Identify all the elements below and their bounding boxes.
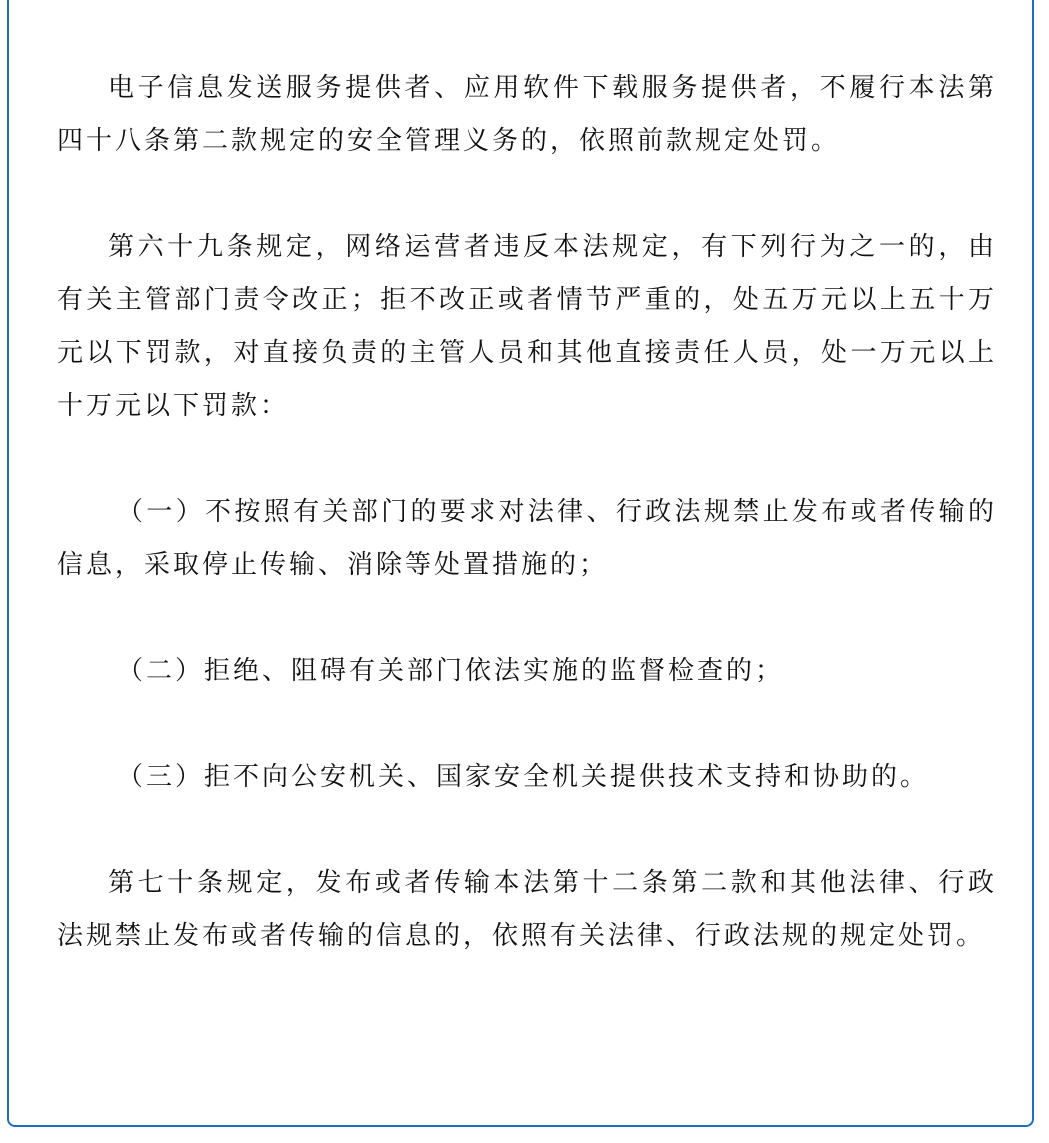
paragraph-electronic-info-providers: 电子信息发送服务提供者、应用软件下载服务提供者，不履行本法第四十八条第二款规定的… (57, 62, 997, 168)
article-body: 电子信息发送服务提供者、应用软件下载服务提供者，不履行本法第四十八条第二款规定的… (57, 62, 997, 963)
list-item-3: （三）拒不向公安机关、国家安全机关提供技术支持和协助的。 (57, 751, 997, 804)
paragraph-article-70: 第七十条规定，发布或者传输本法第十二条第二款和其他法律、行政法规禁止发布或者传输… (57, 857, 997, 963)
list-item-1: （一）不按照有关部门的要求对法律、行政法规禁止发布或者传输的信息，采取停止传输、… (57, 486, 997, 592)
list-item-2: （二）拒绝、阻碍有关部门依法实施的监督检查的； (57, 645, 997, 698)
paragraph-article-69: 第六十九条规定，网络运营者违反本法规定，有下列行为之一的，由有关主管部门责令改正… (57, 221, 997, 433)
